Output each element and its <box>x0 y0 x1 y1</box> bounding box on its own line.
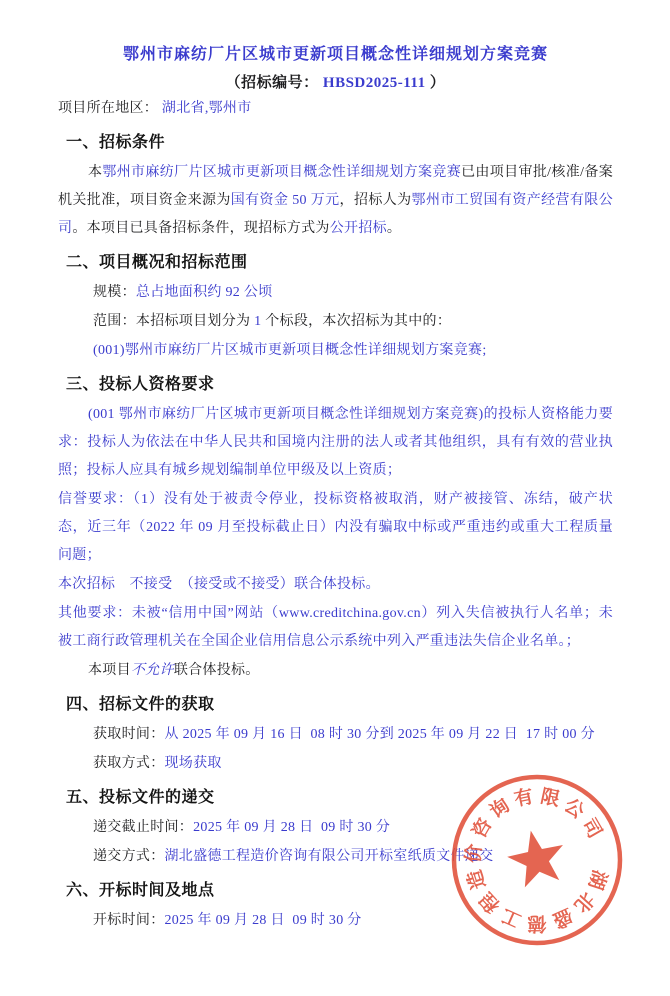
text-run: 国有资金 50 万元 <box>231 193 340 208</box>
consortium-acceptance-line: 本次招标 不接受 （接受或不接受）联合体投标。 <box>58 571 613 599</box>
text-run: 总占地面积约 92 公顷 <box>136 285 273 300</box>
text-run: 递交截止时间： <box>93 820 193 835</box>
text-run: 。 <box>387 221 401 236</box>
section-heading: 六、开标时间及地点 <box>66 877 613 905</box>
section-tender-conditions: 一、招标条件 本鄂州市麻纺厂片区城市更新项目概念性详细规划方案竞赛已由项目审批/… <box>58 129 613 243</box>
text-run: 递交方式： <box>93 849 165 864</box>
text-run: 获取时间： <box>93 727 165 742</box>
opening-time-line: 开标时间：2025 年 09 月 28 日 09 时 30 分 <box>93 907 613 935</box>
credit-requirement-paragraph: 信誉要求：（1）没有处于被责令停业，投标资格被取消，财产被接管、冻结，破产状态，… <box>58 486 613 570</box>
section-document-acquisition: 四、招标文件的获取 获取时间：从 2025 年 09 月 16 日 08 时 3… <box>58 691 613 778</box>
text-run: 个标段，本次招标为其中的： <box>261 314 451 329</box>
text-run: 公开招标 <box>330 221 387 236</box>
section-heading: 四、招标文件的获取 <box>66 691 613 719</box>
tender-number-prefix: （招标编号： <box>226 75 319 91</box>
text-run: 不允许 <box>131 663 174 678</box>
qualification-paragraph: (001 鄂州市麻纺厂片区城市更新项目概念性详细规划方案竞赛)的投标人资格能力要… <box>58 401 613 485</box>
section-bidder-qualifications: 三、投标人资格要求 (001 鄂州市麻纺厂片区城市更新项目概念性详细规划方案竞赛… <box>58 371 613 685</box>
section-heading: 一、招标条件 <box>66 129 613 157</box>
text-run: 本项目 <box>88 663 131 678</box>
lot-line: (001)鄂州市麻纺厂片区城市更新项目概念性详细规划方案竞赛; <box>93 337 613 365</box>
project-location-line: 项目所在地区： 湖北省,鄂州市 <box>58 95 613 123</box>
other-requirements-paragraph: 其他要求：未被“信用中国”网站（www.creditchina.gov.cn）列… <box>58 600 613 656</box>
section-project-overview-scope: 二、项目概况和招标范围 规模：总占地面积约 92 公顷 范围：本招标项目划分为 … <box>58 249 613 365</box>
scale-line: 规模：总占地面积约 92 公顷 <box>93 279 613 307</box>
text-run: 本 <box>88 165 102 180</box>
text-run: 其他要求：未被“信用中国”网站（www.creditchina.gov.cn）列… <box>58 606 613 649</box>
paragraph: 本鄂州市麻纺厂片区城市更新项目概念性详细规划方案竞赛已由项目审批/核准/备案机关… <box>58 159 613 243</box>
section-heading: 二、项目概况和招标范围 <box>66 249 613 277</box>
tender-announcement-page: 鄂州市麻纺厂片区城市更新项目概念性详细规划方案竞赛 （招标编号： HBSD202… <box>0 0 670 996</box>
tender-number-suffix: ） <box>430 75 446 91</box>
section-heading: 五、投标文件的递交 <box>66 784 613 812</box>
text-run: 本次招标 不接受 （接受或不接受）联合体投标。 <box>58 577 380 592</box>
text-run: 。本项目已具备招标条件，现招标方式为 <box>72 221 329 236</box>
text-run: 信誉要求：（1）没有处于被责令停业，投标资格被取消，财产被接管、冻结，破产状态，… <box>58 492 613 563</box>
scope-line: 范围：本招标项目划分为 1 个标段，本次招标为其中的： <box>93 308 613 336</box>
text-run: ，招标人为 <box>340 193 412 208</box>
text-run: 范围：本招标项目划分为 <box>93 314 254 329</box>
text-run: 湖北盛德工程造价咨询有限公司开标室纸质文件递交 <box>165 849 494 864</box>
page-title: 鄂州市麻纺厂片区城市更新项目概念性详细规划方案竞赛 <box>58 44 613 66</box>
text-run: 联合体投标。 <box>174 663 260 678</box>
text-run: 现场获取 <box>165 756 222 771</box>
text-run: (001)鄂州市麻纺厂片区城市更新项目概念性详细规划方案竞赛; <box>93 343 487 358</box>
tender-number-line: （招标编号： HBSD2025-111 ） <box>58 72 613 94</box>
text-run: 开标时间： <box>93 913 165 928</box>
text-run: 规模： <box>93 285 136 300</box>
submission-method-line: 递交方式：湖北盛德工程造价咨询有限公司开标室纸质文件递交 <box>93 843 613 871</box>
acquisition-time-line: 获取时间：从 2025 年 09 月 16 日 08 时 30 分到 2025 … <box>93 721 613 749</box>
section-bid-opening: 六、开标时间及地点 开标时间：2025 年 09 月 28 日 09 时 30 … <box>58 877 613 935</box>
consortium-not-allowed-line: 本项目不允许联合体投标。 <box>58 657 613 685</box>
tender-number: HBSD2025-111 <box>323 75 426 91</box>
text-run: 获取方式： <box>93 756 165 771</box>
text-run: 鄂州市麻纺厂片区城市更新项目概念性详细规划方案竞赛 <box>102 165 461 180</box>
submission-deadline-line: 递交截止时间：2025 年 09 月 28 日 09 时 30 分 <box>93 814 613 842</box>
project-location-label: 项目所在地区： <box>58 101 158 116</box>
text-run: 2025 年 09 月 28 日 09 时 30 分 <box>193 820 390 835</box>
text-run: 2025 年 09 月 28 日 09 时 30 分 <box>165 913 362 928</box>
section-heading: 三、投标人资格要求 <box>66 371 613 399</box>
project-location-value: 湖北省,鄂州市 <box>162 101 252 116</box>
section-bid-submission: 五、投标文件的递交 递交截止时间：2025 年 09 月 28 日 09 时 3… <box>58 784 613 871</box>
text-run: (001 鄂州市麻纺厂片区城市更新项目概念性详细规划方案竞赛)的投标人资格能力要… <box>58 407 613 478</box>
acquisition-method-line: 获取方式：现场获取 <box>93 750 613 778</box>
text-run: 从 2025 年 09 月 16 日 08 时 30 分到 2025 年 09 … <box>165 727 595 742</box>
